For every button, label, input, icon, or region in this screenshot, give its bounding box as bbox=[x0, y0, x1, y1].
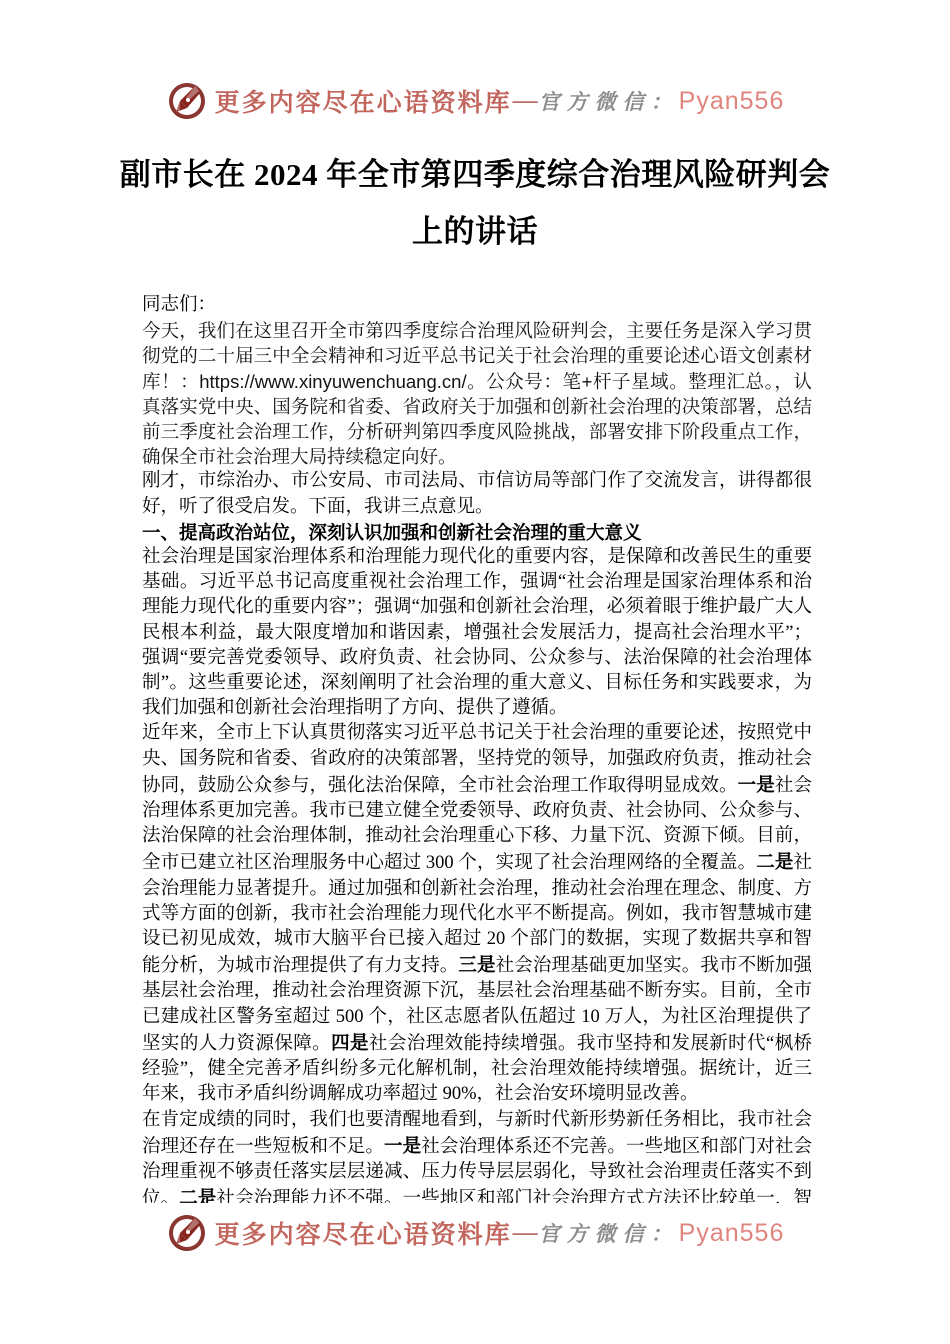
watermark-text: 更多内容尽在心语资料库 bbox=[215, 83, 512, 119]
emphasis-run: 一、提高政治站位，深刻认识加强和创新社会治理的重大意义 bbox=[142, 522, 642, 543]
text-run: 同志们： bbox=[142, 295, 216, 315]
watermark-dash: — bbox=[513, 87, 538, 115]
text-run: 社会治理是国家治理体系和治理能力现代化的重要内容，是保障和改善民生的重要基础。习… bbox=[142, 547, 812, 718]
watermark-header: 更多内容尽在心语资料库 — 官方微信： Pyan556 bbox=[0, 80, 950, 122]
watermark-wechat-account: Pyan556 bbox=[679, 1219, 785, 1248]
watermark-wechat-label: 官方微信： bbox=[539, 86, 679, 116]
watermark-text: 更多内容尽在心语资料库 bbox=[215, 1215, 512, 1251]
emphasis-run: 四是 bbox=[331, 1032, 369, 1053]
paragraph: 社会治理是国家治理体系和治理能力现代化的重要内容，是保障和改善民生的重要基础。习… bbox=[142, 545, 812, 721]
paragraph: 近年来，全市上下认真贯彻落实习近平总书记关于社会治理的重要论述，按照党中央、国务… bbox=[142, 721, 812, 1107]
paragraph: 今天，我们在这里召开全市第四季度综合治理风险研判会，主要任务是深入学习贯彻党的二… bbox=[142, 318, 812, 469]
emphasis-run: 一是 bbox=[384, 1135, 421, 1156]
emphasis-run: 三是 bbox=[458, 954, 495, 975]
watermark-wechat-account: Pyan556 bbox=[679, 87, 785, 116]
text-run: 近年来，全市上下认真贯彻落实习近平总书记关于社会治理的重要论述，按照党中央、国务… bbox=[142, 723, 812, 795]
emphasis-run: 二是 bbox=[756, 851, 793, 872]
paragraph: 在肯定成绩的同时，我们也要清醒地看到，与新时代新形势新任务相比，我市社会治理还存… bbox=[142, 1108, 812, 1204]
watermark-footer: 更多内容尽在心语资料库 — 官方微信： Pyan556 bbox=[0, 1212, 950, 1254]
paragraph: 刚才，市综治办、市公安局、市司法局、市信访局等部门作了交流发言，讲得都很好，听了… bbox=[142, 469, 812, 519]
document-title: 副市长在 2024 年全市第四季度综合治理风险研判会 上的讲话 bbox=[0, 146, 950, 260]
pen-nib-circle-icon bbox=[166, 1212, 208, 1254]
text-run: 社会治理能力还不强。一些地区和部门社会治理方式方法还比较单一，智能化、专业化、精… bbox=[142, 1189, 812, 1203]
document-title-line1: 副市长在 2024 年全市第四季度综合治理风险研判会 bbox=[120, 157, 831, 192]
document-title-line2: 上的讲话 bbox=[412, 214, 538, 249]
pen-nib-circle-icon bbox=[166, 80, 208, 122]
paragraph: 同志们： bbox=[142, 293, 812, 318]
text-run: 今天，我们在这里召开全市第四季度综合治理风险研判会，主要任务是深入学习贯彻党的二… bbox=[142, 320, 812, 467]
watermark-dash: — bbox=[513, 1219, 538, 1247]
watermark-wechat-label: 官方微信： bbox=[539, 1218, 679, 1248]
text-run: 刚才，市综治办、市公安局、市司法局、市信访局等部门作了交流发言，讲得都很好，听了… bbox=[142, 471, 812, 516]
emphasis-run: 二是 bbox=[179, 1187, 216, 1203]
document-body: 同志们：今天，我们在这里召开全市第四季度综合治理风险研判会，主要任务是深入学习贯… bbox=[142, 293, 812, 1203]
section-heading: 一、提高政治站位，深刻认识加强和创新社会治理的重大意义 bbox=[142, 520, 812, 545]
emphasis-run: 一是 bbox=[738, 774, 775, 795]
document-page: 更多内容尽在心语资料库 — 官方微信： Pyan556 副市长在 2024 年全… bbox=[0, 0, 950, 1344]
